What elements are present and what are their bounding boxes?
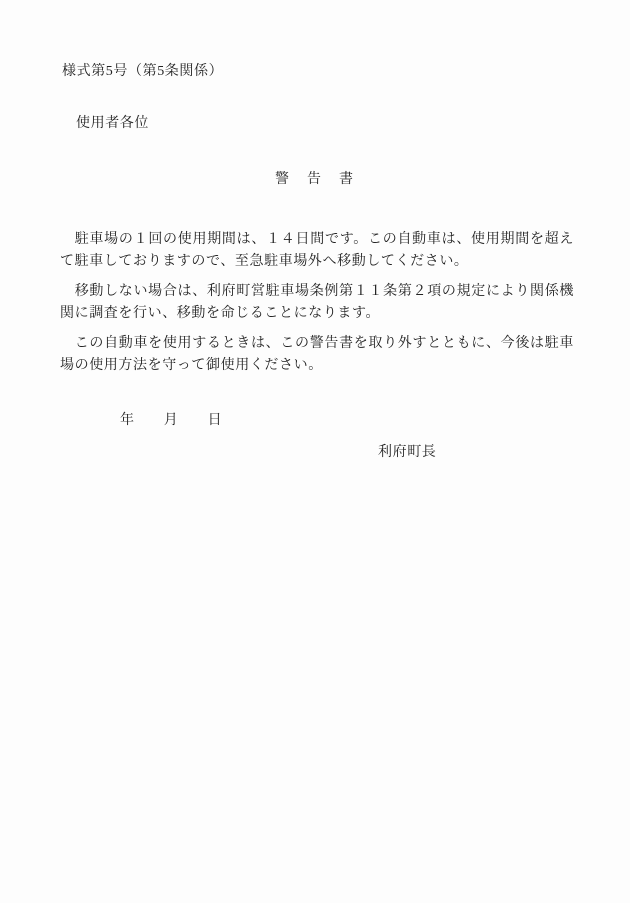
document-body: 駐車場の１回の使用期間は、１４日間です。この自動車は、使用期間を超えて駐車してお… (60, 229, 574, 385)
addressee-line: 使用者各位 (76, 115, 149, 132)
body-paragraph-instruction: この自動車を使用するときは、この警告書を取り外すとともに、今後は駐車場の使用方法… (60, 333, 574, 377)
document-title: 警 告 書 (0, 171, 630, 189)
signature-mayor: 利府町長 (378, 442, 436, 464)
form-number: 様式第5号（第5条関係） (62, 63, 223, 80)
body-paragraph-ordinance: 移動しない場合は、利府町営駐車場条例第１１条第２項の規定により関係機関に調査を行… (60, 281, 574, 325)
document-page: 様式第5号（第5条関係） 使用者各位 警 告 書 駐車場の１回の使用期間は、１４… (0, 0, 630, 903)
body-paragraph-usage-period: 駐車場の１回の使用期間は、１４日間です。この自動車は、使用期間を超えて駐車してお… (60, 229, 574, 273)
date-line: 年 月 日 (60, 410, 222, 432)
